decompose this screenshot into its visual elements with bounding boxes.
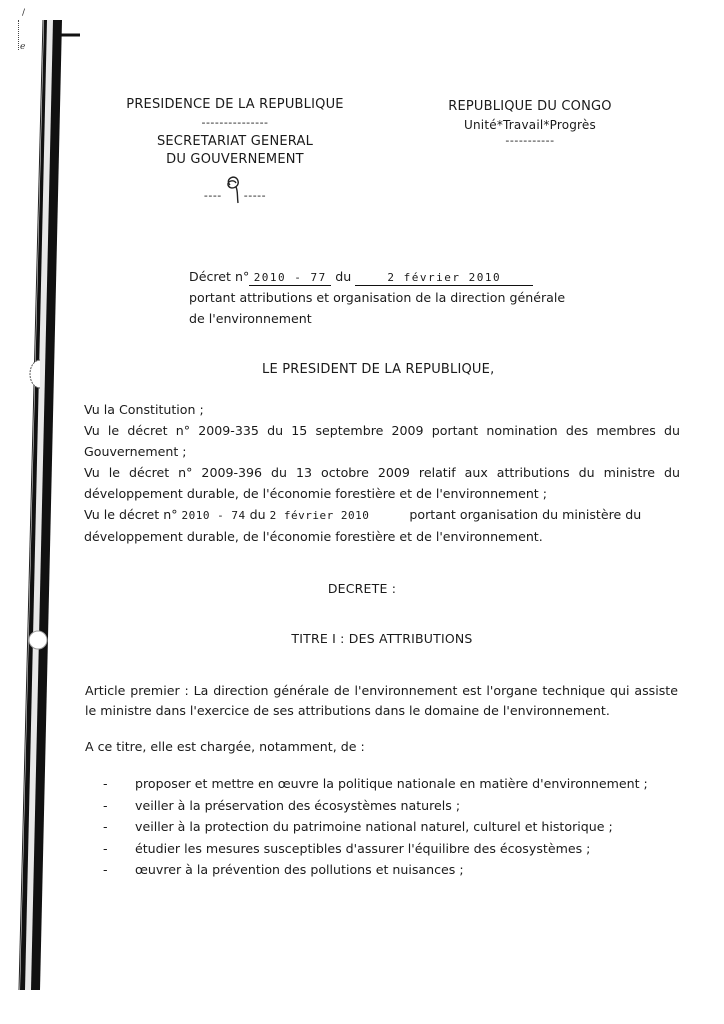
header-left: PRESIDENCE DE LA REPUBLIQUE ------------…	[100, 97, 370, 207]
binding-strip	[0, 20, 80, 990]
decree-subject: de l'environnement	[189, 308, 629, 329]
separator: -----------	[420, 134, 640, 147]
president-heading: LE PRESIDENT DE LA REPUBLIQUE,	[262, 362, 494, 377]
gouvernement-label: DU GOUVERNEMENT	[100, 152, 370, 167]
titre-heading: TITRE I : DES ATTRIBUTIONS	[0, 631, 724, 646]
list-item: -veiller à la protection du patrimoine n…	[100, 816, 648, 838]
handwritten-initials-icon	[222, 173, 244, 207]
visa-item: développement durable, de l'économie for…	[84, 526, 680, 547]
separator: ---------------	[100, 116, 370, 129]
visa-item: Vu le décret n° 2010 - 74 du 2 février 2…	[84, 504, 680, 526]
decree-subject: portant attributions et organisation de …	[189, 287, 629, 308]
decree-date: 2 février 2010	[355, 271, 533, 286]
article-premier: Article premier : La direction générale …	[85, 681, 678, 721]
scan-mark: ℯ	[20, 42, 25, 52]
separator-with-initials: ---------	[100, 173, 370, 207]
list-item: -veiller à la préservation des écosystèm…	[100, 795, 648, 817]
visas: Vu la Constitution ; Vu le décret n° 200…	[84, 399, 680, 547]
decree-number: 2010 - 77	[249, 271, 331, 286]
visa-item: Vu la Constitution ;	[84, 399, 680, 420]
scan-mark: /	[22, 8, 25, 18]
secretariat-label: SECRETARIAT GENERAL	[100, 134, 370, 149]
list-item: -œuvrer à la prévention des pollutions e…	[100, 859, 648, 881]
scan-mark	[18, 20, 19, 50]
decree-title: Décret n°2010 - 77 du 2 février 2010 por…	[189, 266, 629, 329]
visa-item: Vu le décret n° 2009-335 du 15 septembre…	[84, 420, 680, 462]
list-item: -proposer et mettre en œuvre la politiqu…	[100, 773, 648, 795]
presidence-label: PRESIDENCE DE LA REPUBLIQUE	[100, 97, 370, 112]
article-label: Article premier :	[85, 683, 189, 698]
header-right: REPUBLIQUE DU CONGO Unité*Travail*Progrè…	[420, 99, 640, 147]
motto: Unité*Travail*Progrès	[420, 118, 640, 132]
attributions-list: -proposer et mettre en œuvre la politiqu…	[100, 773, 648, 881]
article-intro: A ce titre, elle est chargée, notamment,…	[85, 736, 365, 757]
list-item: -étudier les mesures susceptibles d'assu…	[100, 838, 648, 860]
visa-item: Vu le décret n° 2009-396 du 13 octobre 2…	[84, 462, 680, 504]
decrete-heading: DECRETE :	[0, 581, 724, 596]
decree-number-line: Décret n°2010 - 77 du 2 février 2010	[189, 266, 629, 287]
republique-label: REPUBLIQUE DU CONGO	[420, 99, 640, 114]
